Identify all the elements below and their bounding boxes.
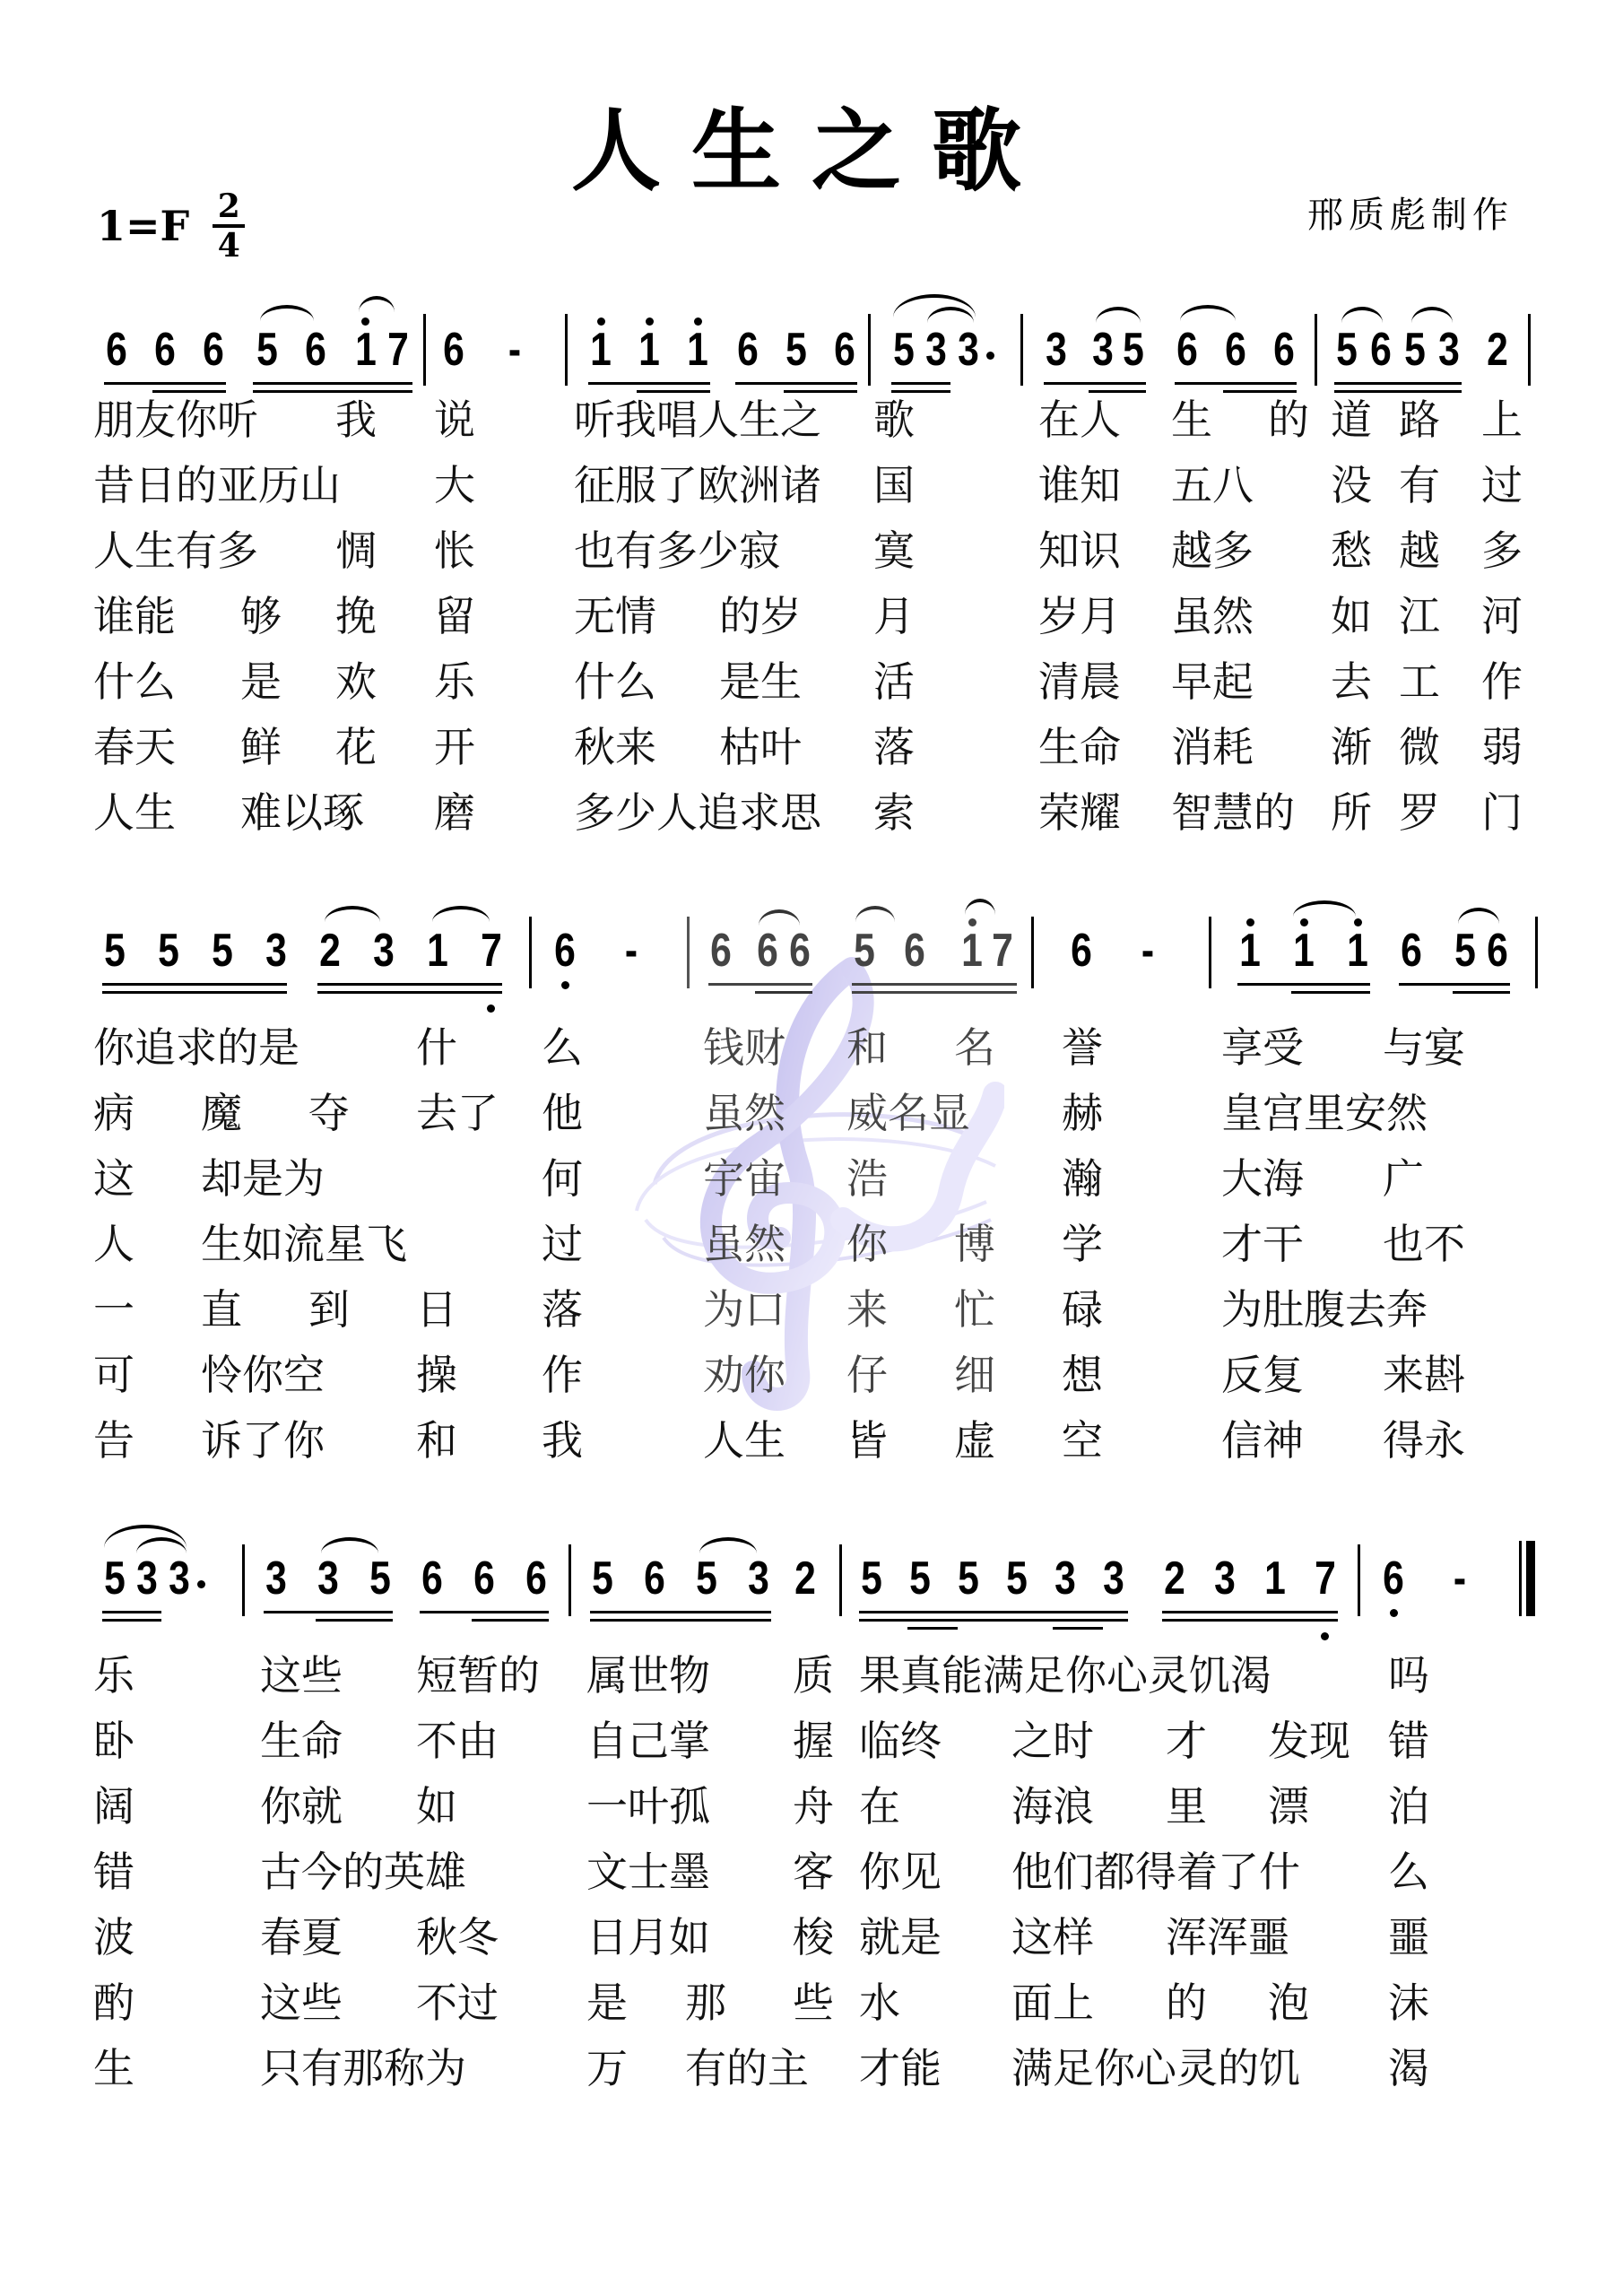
lyric: 生命	[260, 1716, 343, 1766]
note: 1	[1262, 1552, 1289, 1605]
high-octave-dot	[968, 918, 976, 926]
underline-sixteenth	[472, 1619, 549, 1622]
lyric: 朋友你听	[93, 395, 258, 445]
lyric: 一叶孤	[586, 1781, 710, 1831]
lyric: 说	[434, 395, 475, 445]
note: 6	[1174, 323, 1201, 377]
note: 1	[424, 924, 451, 978]
slur	[699, 1537, 757, 1553]
time-bottom: 4	[218, 230, 240, 262]
lyric: 诉了你	[201, 1415, 325, 1465]
note: 2	[317, 924, 343, 978]
note: 7	[478, 924, 505, 978]
lyric: 博	[954, 1219, 995, 1269]
note: 7	[385, 323, 412, 377]
barline	[1020, 314, 1023, 386]
lyric: 你追求的是	[93, 1022, 299, 1073]
underline-sixteenth	[102, 991, 287, 994]
note: 1	[587, 323, 614, 377]
lyric: 直	[201, 1284, 242, 1335]
key-label: 1=F	[97, 199, 189, 253]
song-title: 人生之歌	[0, 97, 1623, 204]
lyric: 才	[1166, 1716, 1207, 1766]
lyric: 生	[93, 2043, 135, 2093]
lyric: 愁	[1331, 526, 1372, 576]
underline-sixteenth	[1162, 1619, 1338, 1622]
key-signature: 1=F 2 4	[97, 190, 245, 262]
note: 1	[1237, 924, 1263, 978]
lyric: 弱	[1481, 722, 1523, 772]
lyric: 够	[240, 591, 282, 641]
note: 3	[166, 1552, 193, 1605]
lyric: 惆	[335, 526, 377, 576]
note: 6	[1271, 323, 1298, 377]
slur	[325, 906, 380, 922]
barline	[868, 314, 871, 386]
lyric: 歌	[873, 395, 915, 445]
lyric: 越多	[1171, 526, 1254, 576]
lyric: 却是为	[201, 1153, 325, 1204]
lyric: 什么	[574, 657, 656, 707]
lyric: 虽然	[1171, 591, 1254, 641]
lyric: 不由	[416, 1716, 499, 1766]
lyric: 多	[1481, 526, 1523, 576]
note: 6	[1484, 924, 1511, 978]
underline-sixteenth	[253, 390, 412, 393]
underline-sixteenth	[784, 390, 857, 393]
underline-sixteenth	[152, 390, 226, 393]
lyric: 多少人追求思	[574, 787, 821, 838]
lyric: 活	[873, 657, 915, 707]
lyric: 他	[542, 1088, 583, 1138]
lyric: 告	[93, 1415, 135, 1465]
lyric: 渴	[1388, 2043, 1429, 2093]
note: 5	[851, 924, 878, 978]
lyric: 万	[586, 2043, 628, 2093]
note: 5	[907, 1552, 933, 1605]
lyric: 波	[93, 1912, 135, 1962]
lyric: 反复	[1221, 1350, 1304, 1400]
lyric: 工	[1399, 657, 1440, 707]
lyric: 错	[1388, 1716, 1429, 1766]
lyric: 怅	[434, 526, 475, 576]
underline-sixteenth	[316, 1619, 393, 1622]
underline-eighth	[102, 1611, 161, 1613]
lyric: 海浪	[1011, 1781, 1094, 1831]
lyric: 越	[1399, 526, 1440, 576]
underline-sixteenth	[1334, 390, 1462, 393]
low-octave-dot	[487, 1004, 495, 1013]
lyric: 清晨	[1038, 657, 1121, 707]
lyric: 的岁	[719, 591, 802, 641]
underline-sixteenth	[852, 991, 1017, 994]
lyric: 宇宙	[703, 1153, 785, 1204]
lyric: 何	[542, 1153, 583, 1204]
lyric: 古今的英雄	[260, 1847, 466, 1897]
lyric: 劝你	[703, 1350, 785, 1400]
lyric: 之时	[1011, 1716, 1094, 1766]
lyric: 过	[1481, 460, 1523, 510]
note: 5	[254, 323, 281, 377]
underline-sixteenth	[859, 1619, 1128, 1622]
lyric: 去	[1331, 657, 1372, 707]
lyric: 去了	[416, 1088, 499, 1138]
lyric: 早起	[1171, 657, 1254, 707]
note: 5	[1402, 323, 1428, 377]
note: 1	[959, 924, 985, 978]
note: 1	[352, 323, 379, 377]
underline-eighth	[1399, 983, 1510, 986]
lyric: 浑浑噩	[1166, 1912, 1289, 1962]
lyric: 也不	[1383, 1219, 1465, 1269]
lyric: 享受	[1221, 1022, 1304, 1073]
lyric: 难以琢	[240, 787, 364, 838]
barline	[687, 917, 690, 988]
lyric: 果真能满足你心灵饥渴	[859, 1650, 1271, 1700]
dotted-note-dot	[197, 1580, 205, 1588]
lyric: 花	[335, 722, 377, 772]
dash: -	[501, 323, 528, 377]
note: 3	[1100, 1552, 1127, 1605]
underline-eighth	[735, 382, 857, 385]
lyric: 秋冬	[416, 1912, 499, 1962]
low-octave-dot	[1390, 1609, 1398, 1617]
low-octave-dot	[1321, 1632, 1329, 1640]
lyric: 我	[335, 395, 377, 445]
underline-eighth	[859, 1611, 1128, 1613]
underline-sixteenth	[1453, 991, 1510, 994]
lyric: 才能	[859, 2043, 942, 2093]
underline-eighth	[1044, 382, 1146, 385]
lyric: 的	[1166, 1978, 1207, 2028]
barline	[242, 1544, 245, 1616]
lyric: 忙	[954, 1284, 995, 1335]
lyric: 虚	[954, 1415, 995, 1465]
note: 3	[1436, 323, 1462, 377]
lyric: 日	[416, 1284, 457, 1335]
lyric: 客	[793, 1847, 834, 1897]
lyric: 生	[1171, 395, 1212, 445]
lyric: 那	[685, 1978, 726, 2028]
note: 5	[1452, 924, 1479, 978]
high-octave-dot	[597, 317, 605, 326]
lyric: 满足你心灵的饥	[1011, 2043, 1300, 2093]
lyric: 可	[93, 1350, 135, 1400]
note: 5	[101, 1552, 128, 1605]
high-octave-dot	[646, 317, 654, 326]
lyric: 仔	[846, 1350, 888, 1400]
note: 5	[101, 924, 128, 978]
underline-eighth	[708, 983, 812, 986]
lyric: 才干	[1221, 1219, 1304, 1269]
barline	[1315, 314, 1317, 386]
dash: -	[1446, 1552, 1473, 1605]
lyric: 挽	[335, 591, 377, 641]
lyric: 乐	[93, 1650, 135, 1700]
lyric: 寞	[873, 526, 915, 576]
barline	[1528, 314, 1531, 386]
underline-sixteenth	[253, 382, 412, 385]
underline-eighth	[104, 382, 226, 385]
note: 6	[901, 924, 928, 978]
barline	[423, 314, 426, 386]
lyric: 荣耀	[1038, 787, 1121, 838]
lyric: 一	[93, 1284, 135, 1335]
author-credit: 邢质彪制作	[1307, 190, 1514, 240]
underline-sixteenth	[852, 983, 1017, 986]
note: 5	[209, 924, 236, 978]
slur	[965, 899, 995, 915]
lyric: 落	[873, 722, 915, 772]
lyric: 质	[793, 1650, 834, 1700]
lyric: 属世物	[586, 1650, 710, 1700]
lyric: 这些	[260, 1650, 343, 1700]
note: 3	[263, 924, 290, 978]
underline-thirtysecond	[907, 1627, 958, 1630]
underline-sixteenth	[891, 390, 950, 393]
note: 7	[1312, 1552, 1339, 1605]
slur	[1293, 900, 1356, 917]
underline-sixteenth	[1291, 991, 1370, 994]
lyric: 文士墨	[586, 1847, 710, 1897]
note: 6	[1222, 323, 1249, 377]
lyric: 名	[954, 1022, 995, 1073]
note: 3	[955, 323, 982, 377]
lyric: 罗	[1399, 787, 1440, 838]
lyric: 征服了欧洲诸	[574, 460, 821, 510]
lyric: 和	[846, 1022, 888, 1073]
note: 6	[707, 924, 734, 978]
lyric: 握	[793, 1716, 834, 1766]
note: 1	[1344, 924, 1371, 978]
note: 6	[471, 1552, 498, 1605]
lyric: 怜你空	[201, 1350, 325, 1400]
lyric: 水	[859, 1978, 900, 2028]
lyric: 泡	[1268, 1978, 1309, 2028]
note: 6	[523, 1552, 550, 1605]
note: 2	[792, 1552, 819, 1605]
lyric: 上	[1481, 395, 1523, 445]
note: 3	[315, 1552, 342, 1605]
lyric: 渐	[1331, 722, 1372, 772]
time-signature: 2 4	[213, 190, 245, 262]
note: 5	[367, 1552, 394, 1605]
time-top: 2	[218, 190, 240, 222]
slur	[432, 906, 490, 922]
barline	[568, 1544, 571, 1616]
lyric: 无情	[574, 591, 656, 641]
lyric: 开	[434, 722, 475, 772]
underline-sixteenth	[102, 1619, 161, 1622]
slur	[1180, 305, 1236, 321]
underline-thirtysecond	[1053, 1627, 1103, 1630]
lyric: 你	[846, 1219, 888, 1269]
lyric: 些	[793, 1978, 834, 2028]
lyric: 舟	[793, 1781, 834, 1831]
lyric: 和	[416, 1415, 457, 1465]
lyric: 鲜	[240, 722, 282, 772]
lyric: 梭	[793, 1912, 834, 1962]
lyric: 在	[859, 1781, 900, 1831]
dash: -	[618, 924, 645, 978]
lyric: 是生	[719, 657, 802, 707]
lyric: 临终	[859, 1716, 942, 1766]
lyric: 人生	[93, 787, 176, 838]
lyric: 为口	[703, 1284, 785, 1335]
lyric: 里	[1166, 1781, 1207, 1831]
note: 6	[831, 323, 858, 377]
note: 5	[155, 924, 182, 978]
lyric: 索	[873, 787, 915, 838]
slur	[759, 909, 800, 926]
lyric: 面上	[1011, 1978, 1094, 2028]
lyric: 错	[93, 1847, 135, 1897]
underline-eighth	[1237, 983, 1370, 986]
lyric: 落	[542, 1284, 583, 1335]
lyric: 与宴	[1383, 1022, 1465, 1073]
lyric: 人生有多	[93, 526, 258, 576]
note: 6	[641, 1552, 668, 1605]
lyric: 大海	[1221, 1153, 1304, 1204]
lyric: 赫	[1062, 1088, 1103, 1138]
underline-sixteenth	[590, 1619, 771, 1622]
lyric: 发现	[1268, 1716, 1350, 1766]
lyric: 么	[1388, 1847, 1429, 1897]
lyric: 乐	[434, 657, 475, 707]
lyric: 月	[873, 591, 915, 641]
note: 7	[989, 924, 1016, 978]
lyric: 短暂的	[416, 1650, 540, 1700]
lyric: 消耗	[1171, 722, 1254, 772]
lyric: 沫	[1388, 1978, 1429, 2028]
underline-sixteenth	[317, 983, 502, 986]
lyric: 有的主	[685, 2043, 809, 2093]
slur	[1411, 307, 1453, 323]
note: 6	[1068, 924, 1095, 978]
underline-sixteenth	[755, 991, 812, 994]
lyric: 也有多少寂	[574, 526, 780, 576]
lyric: 河	[1481, 591, 1523, 641]
note: 3	[1211, 1552, 1238, 1605]
underline-sixteenth	[1223, 390, 1297, 393]
note: 6	[754, 924, 781, 978]
lyric: 信神	[1221, 1415, 1304, 1465]
lyric: 留	[434, 591, 475, 641]
lyric: 这样	[1011, 1912, 1094, 1962]
lyric: 病	[93, 1088, 135, 1138]
lyric: 来	[846, 1284, 888, 1335]
lyric: 碌	[1062, 1284, 1103, 1335]
note: 6	[786, 924, 813, 978]
final-barline-thick	[1526, 1541, 1535, 1616]
note: 1	[1290, 924, 1317, 978]
high-octave-dot	[1354, 918, 1362, 926]
note: 3	[1089, 323, 1116, 377]
note: 6	[419, 1552, 446, 1605]
lyric: 学	[1062, 1219, 1103, 1269]
lyric: 知识	[1038, 526, 1121, 576]
underline-sixteenth	[102, 983, 287, 986]
note: 3	[1052, 1552, 1079, 1605]
barline	[1031, 917, 1034, 988]
lyric: 作	[542, 1350, 583, 1400]
note: 2	[1484, 323, 1511, 377]
lyric: 吗	[1388, 1650, 1429, 1700]
final-barline-thin	[1519, 1541, 1522, 1616]
lyric: 虽然	[703, 1088, 785, 1138]
note: 3	[370, 924, 397, 978]
lyric: 为肚腹去奔	[1221, 1284, 1428, 1335]
lyric: 酌	[93, 1978, 135, 2028]
lyric: 我	[542, 1415, 583, 1465]
lyric: 你见	[859, 1847, 942, 1897]
underline-sixteenth	[1334, 382, 1462, 385]
note: 2	[1161, 1552, 1188, 1605]
lyric: 泊	[1388, 1781, 1429, 1831]
note: 5	[858, 1552, 885, 1605]
lyric: 的	[1268, 395, 1309, 445]
dotted-note-dot	[986, 352, 994, 360]
lyric: 夺	[308, 1088, 350, 1138]
note: 5	[1120, 323, 1147, 377]
lyric: 这	[93, 1153, 135, 1204]
note: 6	[551, 924, 578, 978]
lyric: 誉	[1062, 1022, 1103, 1073]
note: 5	[589, 1552, 616, 1605]
lyric: 是	[240, 657, 282, 707]
lyric: 只有那称为	[260, 2043, 466, 2093]
note: 6	[152, 323, 178, 377]
underline-sixteenth	[637, 390, 710, 393]
lyric: 磨	[434, 787, 475, 838]
lyric: 瀚	[1062, 1153, 1103, 1204]
note: 3	[263, 1552, 290, 1605]
lyric: 听我唱人生之	[574, 395, 821, 445]
underline-eighth	[588, 382, 710, 385]
note: 6	[103, 323, 130, 377]
lyric: 谁能	[93, 591, 176, 641]
lyric: 得永	[1383, 1415, 1465, 1465]
note: 5	[890, 323, 917, 377]
slur	[1096, 307, 1141, 323]
lyric: 五八	[1171, 460, 1254, 510]
lyric: 到	[308, 1284, 350, 1335]
lyric: 人	[93, 1219, 135, 1269]
note: 6	[1367, 323, 1394, 377]
lyric: 是	[586, 1978, 628, 2028]
lyric: 过	[542, 1219, 583, 1269]
note: 3	[745, 1552, 772, 1605]
lyric: 卧	[93, 1716, 135, 1766]
lyric: 不过	[416, 1978, 499, 2028]
lyric: 作	[1481, 657, 1523, 707]
lyric: 智慧的	[1171, 787, 1295, 838]
lyric: 岁月	[1038, 591, 1121, 641]
slur	[1458, 908, 1499, 924]
lyric: 漂	[1268, 1781, 1309, 1831]
note: 6	[1380, 1552, 1407, 1605]
lyric: 如	[1331, 591, 1372, 641]
lyric: 虽然	[703, 1219, 785, 1269]
lyric: 就是	[859, 1912, 942, 1962]
lyric: 么	[542, 1022, 583, 1073]
underline-sixteenth	[1089, 390, 1146, 393]
note: 1	[684, 323, 711, 377]
lyric: 来斟	[1383, 1350, 1465, 1400]
underline-eighth	[1175, 382, 1297, 385]
lyric: 春天	[93, 722, 176, 772]
underline-eighth	[420, 1611, 549, 1613]
